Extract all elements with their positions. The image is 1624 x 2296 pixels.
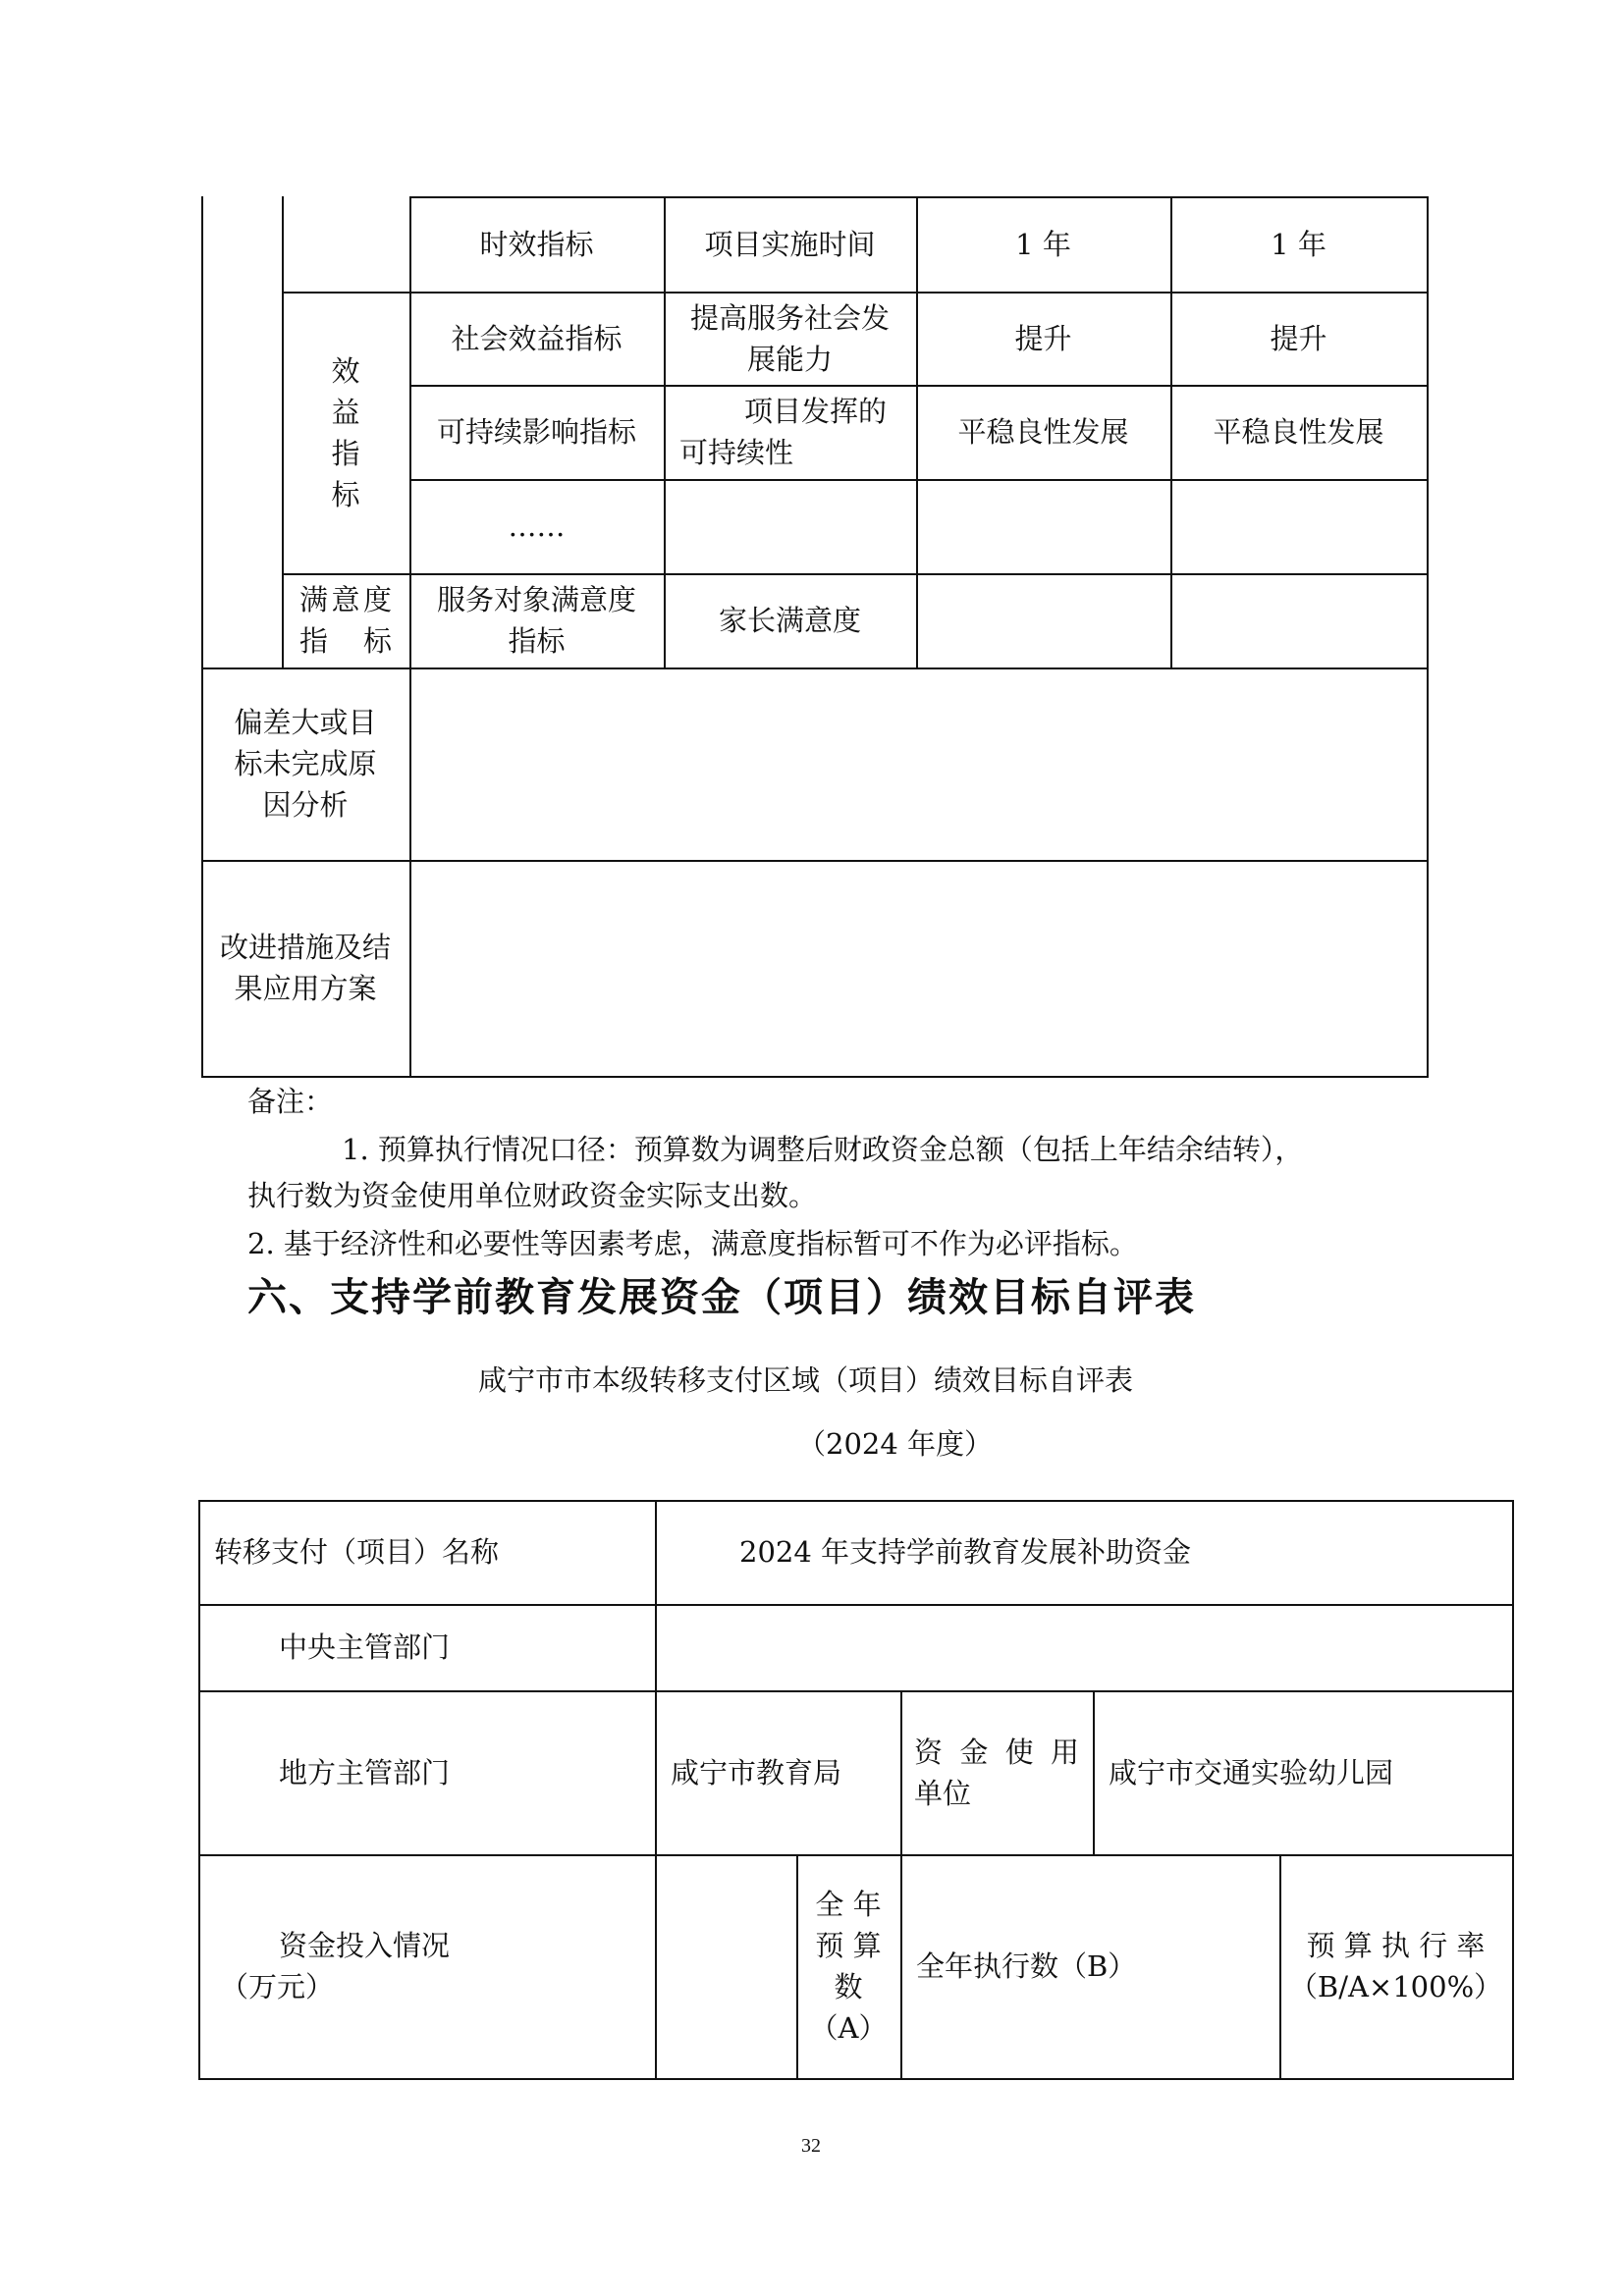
indicator-detail: 项目发挥的可持续性 [664, 385, 916, 479]
table-border-right [1427, 196, 1429, 1077]
indicator-actual: 平稳良性发展 [1170, 385, 1427, 479]
note-line: 执行数为资金使用单位财政资金实际支出数。 [247, 1174, 817, 1217]
indicator-detail: 项目实施时间 [664, 196, 916, 292]
indicator-detail: 家长满意度 [664, 573, 916, 667]
local-dept-value: 咸宁市教育局 [655, 1690, 900, 1854]
indicator-detail: 提高服务社会发展能力 [664, 292, 916, 385]
form-title: 咸宁市市本级转移支付区域（项目）绩效目标自评表 [478, 1359, 1133, 1399]
project-name-value: 2024 年支持学前教育发展补助资金 [655, 1500, 1512, 1604]
deviation-analysis-field[interactable] [409, 667, 1427, 860]
central-dept-value[interactable] [655, 1604, 1512, 1690]
indicator-target: 提升 [916, 292, 1170, 385]
note-line: 2. 基于经济性和必要性等因素考虑，满意度指标暂可不作为必评指标。 [247, 1222, 1138, 1265]
table-border-bottom [201, 1076, 1429, 1078]
annual-budget-label: 全 年 预 算 数 （A） [796, 1854, 900, 2078]
indicator-name: 可持续影响指标 [409, 385, 664, 479]
notes-title: 备注： [247, 1080, 333, 1123]
indicator-actual: 1 年 [1170, 196, 1427, 292]
indicator-detail [664, 479, 916, 573]
indicator-name: 服务对象满意度指标 [409, 573, 664, 667]
execution-rate-label: 预 算 执 行 率 （B/A×100%） [1279, 1854, 1512, 2078]
indicator-name: …… [409, 479, 664, 573]
group-label-satisfaction: 满意度指标 [282, 573, 409, 667]
indicator-actual: 提升 [1170, 292, 1427, 385]
annual-execution-label: 全年执行数（B） [900, 1854, 1279, 2078]
indicator-actual [1170, 573, 1427, 667]
page-number: 32 [801, 2135, 821, 2158]
project-name-label: 转移支付（项目）名称 [198, 1500, 655, 1604]
form-year: （2024 年度） [797, 1422, 993, 1463]
fund-user-label: 资 金 使 用 单位 [900, 1690, 1093, 1854]
fund-user-value: 咸宁市交通实验幼儿园 [1093, 1690, 1512, 1854]
indicator-target [916, 479, 1170, 573]
table-border-right [1512, 1500, 1514, 2079]
local-dept-label: 地方主管部门 [198, 1690, 655, 1854]
deviation-analysis-label: 偏差大或目标未完成原因分析 [201, 667, 409, 860]
section-heading: 六、支持学前教育发展资金（项目）绩效目标自评表 [247, 1266, 1196, 1322]
improvement-plan-label: 改进措施及结果应用方案 [201, 860, 409, 1076]
central-dept-label: 中央主管部门 [198, 1604, 655, 1690]
indicator-target [916, 573, 1170, 667]
indicator-target: 平稳良性发展 [916, 385, 1170, 479]
indicator-name: 社会效益指标 [409, 292, 664, 385]
investment-label: 资金投入情况（万元） [198, 1854, 655, 2078]
improvement-plan-field[interactable] [409, 860, 1427, 1076]
indicator-name: 时效指标 [409, 196, 664, 292]
group-label-benefit: 效益指标 [282, 292, 409, 573]
table-border-bottom [198, 2078, 1514, 2080]
indicator-actual [1170, 479, 1427, 573]
note-line: 1. 预算执行情况口径：预算数为调整后财政资金总额（包括上年结余结转）， [342, 1128, 1303, 1171]
indicator-target: 1 年 [916, 196, 1170, 292]
investment-blank[interactable] [655, 1854, 796, 2078]
